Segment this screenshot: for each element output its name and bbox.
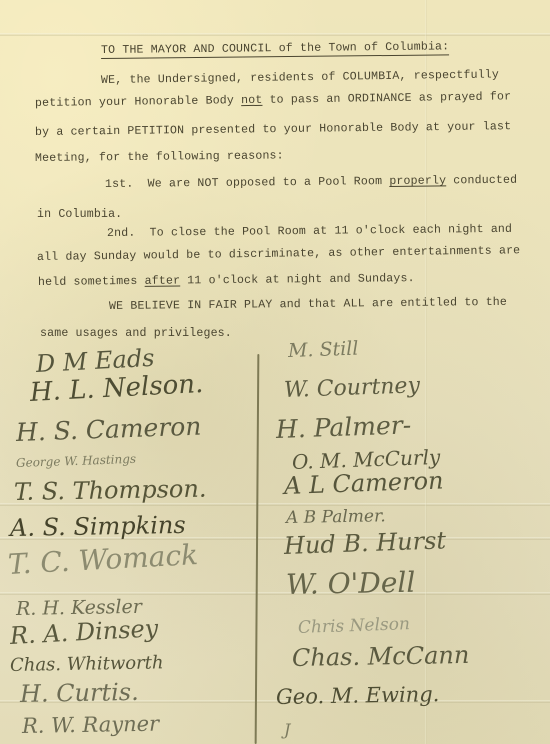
signature: Chas. McCann — [292, 641, 470, 672]
signature: A L Cameron — [284, 466, 444, 500]
text-line: 11 o'clock at night and Sundays. — [187, 272, 415, 287]
reason-2-line-1: 2nd. To close the Pool Room at 11 o'cloc… — [107, 223, 512, 240]
signature: H. Palmer- — [275, 410, 411, 444]
text-line: same usages and privileges. — [40, 327, 232, 340]
text-line: in Columbia. — [37, 208, 122, 221]
paragraph-1-line-3: by a certain PETITION presented to your … — [35, 120, 511, 139]
reason-1-line-2: in Columbia. — [37, 208, 122, 221]
paper-crease — [425, 0, 427, 744]
heading-text: TO THE MAYOR AND COUNCIL of the Town of … — [101, 40, 449, 59]
petition-heading: TO THE MAYOR AND COUNCIL of the Town of … — [101, 40, 449, 57]
signature: Chris Nelson — [298, 614, 411, 638]
text-line: We are NOT opposed to a Pool Room — [148, 175, 383, 190]
text-line: all day Sunday would be to discriminate,… — [37, 244, 520, 264]
paper-crease — [0, 592, 550, 595]
text-line: WE BELIEVE IN FAIR PLAY and that ALL are… — [109, 296, 507, 313]
signature: R. W. Rayner — [22, 712, 160, 738]
signature: Hud B. Hurst — [284, 526, 447, 560]
paragraph-1-line-4: Meeting, for the following reasons: — [35, 149, 284, 165]
text-line: To close the Pool Room at 11 o'clock eac… — [150, 223, 513, 240]
text-line: by a certain PETITION presented to your … — [35, 120, 511, 139]
signature: H. S. Cameron — [15, 412, 201, 447]
closing-line-1: WE BELIEVE IN FAIR PLAY and that ALL are… — [109, 296, 507, 313]
signature: H. Curtis. — [20, 678, 139, 708]
reason-2-line-2: all day Sunday would be to discriminate,… — [37, 244, 520, 264]
signature: Geo. M. Ewing. — [276, 682, 440, 709]
underlined-word: properly — [389, 174, 446, 188]
signature: M. Still — [288, 338, 359, 362]
text-line: Meeting, for the following reasons: — [35, 149, 284, 165]
signature: T. C. Womack — [7, 538, 199, 581]
reason-2-line-3: held sometimes after 11 o'clock at night… — [38, 272, 415, 289]
reason-number: 1st. — [105, 178, 134, 191]
text-line: WE, the Undersigned, residents of COLUMB… — [101, 68, 499, 87]
reason-1-line-1: 1st. We are NOT opposed to a Pool Room p… — [105, 174, 517, 191]
signature: W. O'Dell — [286, 566, 416, 601]
signature: A. S. Simpkins — [10, 511, 186, 542]
reason-number: 2nd. — [107, 227, 136, 240]
signature: A B Palmer. — [286, 506, 386, 528]
text-line: conducted — [453, 174, 517, 188]
paragraph-1-line-1: WE, the Undersigned, residents of COLUMB… — [101, 68, 499, 87]
text-line: to pass an ORDINANCE as prayed for — [269, 90, 511, 106]
underlined-word: after — [145, 275, 181, 288]
paragraph-1-line-2: petition your Honorable Body not to pass… — [35, 90, 511, 110]
signature: George W. Hastings — [16, 452, 137, 470]
signature: T. S. Thompson. — [14, 475, 207, 506]
signature-column-divider — [255, 354, 259, 744]
signature: W. Courtney — [284, 373, 421, 403]
text-line: held sometimes — [38, 275, 138, 289]
signature: J — [284, 720, 290, 739]
signature: Chas. Whitworth — [10, 652, 164, 676]
petition-document: TO THE MAYOR AND COUNCIL of the Town of … — [0, 0, 550, 744]
text-line: petition your Honorable Body — [35, 94, 234, 110]
paper-crease — [0, 33, 550, 36]
closing-line-2: same usages and privileges. — [40, 327, 232, 340]
underlined-word: not — [241, 94, 263, 107]
